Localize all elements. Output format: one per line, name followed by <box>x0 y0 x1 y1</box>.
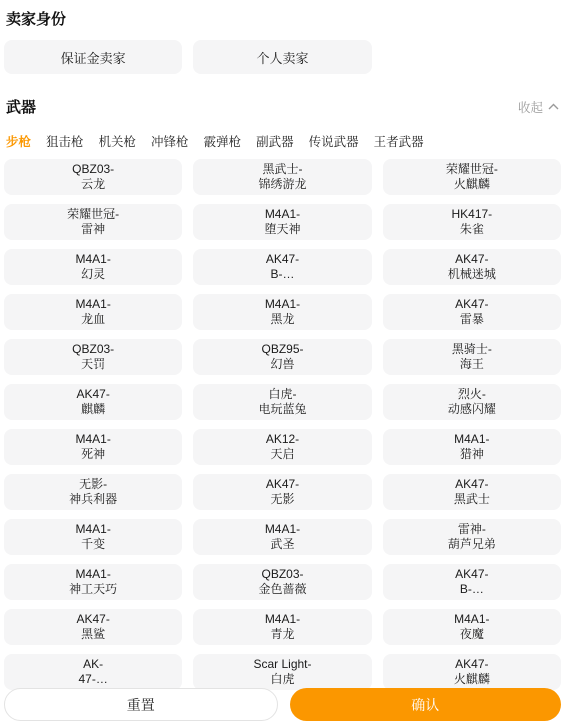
weapon-item[interactable]: M4A1-夜魔 <box>383 609 561 645</box>
seller-identity-title: 卖家身份 <box>4 8 561 29</box>
seller-options: 保证金卖家个人卖家 <box>4 40 561 74</box>
chevron-up-icon <box>548 103 559 110</box>
weapon-item-line2: B-… <box>460 582 484 597</box>
weapon-item-line2: 白虎 <box>270 672 294 687</box>
weapon-item-line2: 天罚 <box>81 357 105 372</box>
weapon-item-line1: M4A1- <box>75 567 110 582</box>
weapon-item-line1: M4A1- <box>454 612 489 627</box>
weapon-item[interactable]: M4A1-武圣 <box>193 519 371 555</box>
weapon-item-line2: 死神 <box>81 447 105 462</box>
weapon-item-line2: 雷暴 <box>460 312 484 327</box>
weapon-category-tab[interactable]: 王者武器 <box>374 132 424 150</box>
weapon-item[interactable]: 雷神-葫芦兄弟 <box>383 519 561 555</box>
weapon-item-line1: AK47- <box>266 252 299 267</box>
weapon-item-line1: M4A1- <box>75 252 110 267</box>
weapon-item-line1: AK47- <box>455 252 488 267</box>
weapon-item-line1: AK47- <box>455 657 488 672</box>
weapon-item-line2: 火麒麟 <box>454 177 490 192</box>
weapon-item-line2: 无影 <box>270 492 294 507</box>
reset-button[interactable]: 重置 <box>4 688 278 721</box>
weapon-item-line2: 机械迷城 <box>448 267 496 282</box>
weapon-item-line2: 电玩蓝兔 <box>258 402 306 417</box>
weapon-item-line1: 烈火- <box>458 387 486 402</box>
weapon-item-line2: 武圣 <box>270 537 294 552</box>
weapon-item-line2: 火麒麟 <box>454 672 490 687</box>
weapon-item-line1: 荣耀世冠- <box>67 207 119 222</box>
footer-actions: 重置 确认 <box>4 688 561 721</box>
weapon-item-line1: 黑骑士- <box>452 342 492 357</box>
weapon-item-line2: 锦绣游龙 <box>258 177 306 192</box>
weapon-item-line1: 荣耀世冠- <box>446 162 498 177</box>
weapon-item-line1: 黑武士- <box>262 162 302 177</box>
weapon-item-line2: 云龙 <box>81 177 105 192</box>
weapon-item-line2: 神工天巧 <box>69 582 117 597</box>
weapon-item-line2: 黑鲨 <box>81 627 105 642</box>
weapon-item[interactable]: QBZ03-云龙 <box>4 159 182 195</box>
weapon-item[interactable]: M4A1-青龙 <box>193 609 371 645</box>
weapon-item[interactable]: M4A1-龙血 <box>4 294 182 330</box>
weapon-item-line1: M4A1- <box>454 432 489 447</box>
weapon-item[interactable]: 烈火-动感闪耀 <box>383 384 561 420</box>
weapon-item[interactable]: AK47-黑鲨 <box>4 609 182 645</box>
weapon-category-tab[interactable]: 狙击枪 <box>46 132 84 150</box>
weapon-item[interactable]: 黑武士-锦绣游龙 <box>193 159 371 195</box>
weapon-item[interactable]: M4A1-猎神 <box>383 429 561 465</box>
weapon-item-line2: 黑武士 <box>454 492 490 507</box>
weapon-item-line1: M4A1- <box>75 432 110 447</box>
weapon-item[interactable]: QBZ95-幻兽 <box>193 339 371 375</box>
weapon-item-line1: M4A1- <box>265 297 300 312</box>
weapon-item-line1: AK12- <box>266 432 299 447</box>
weapon-item-line1: AK47- <box>455 477 488 492</box>
weapon-item-line1: AK47- <box>76 612 109 627</box>
weapon-item-line2: 朱雀 <box>460 222 484 237</box>
weapon-category-tab[interactable]: 冲锋枪 <box>151 132 189 150</box>
weapon-item[interactable]: Scar Light-白虎 <box>193 654 371 690</box>
weapon-item-line1: M4A1- <box>75 522 110 537</box>
weapon-item[interactable]: AK47-无影 <box>193 474 371 510</box>
weapon-item-line2: 动感闪耀 <box>448 402 496 417</box>
weapon-item-line1: QBZ03- <box>72 342 114 357</box>
weapon-item[interactable]: AK47-雷暴 <box>383 294 561 330</box>
weapon-item-line1: QBZ95- <box>261 342 303 357</box>
weapon-item-line2: 47-… <box>78 672 107 687</box>
weapon-item[interactable]: 黑骑士-海王 <box>383 339 561 375</box>
weapon-item[interactable]: AK47-B-… <box>383 564 561 600</box>
weapon-item-line1: AK47- <box>455 297 488 312</box>
weapon-item[interactable]: QBZ03-金色蔷薇 <box>193 564 371 600</box>
confirm-button[interactable]: 确认 <box>290 688 562 721</box>
weapon-item-line1: Scar Light- <box>253 657 311 672</box>
weapon-item-line1: M4A1- <box>265 612 300 627</box>
weapons-title: 武器 <box>4 96 36 117</box>
weapon-item-line1: AK47- <box>76 387 109 402</box>
weapon-item[interactable]: AK47-机械迷城 <box>383 249 561 285</box>
weapon-item[interactable]: 白虎-电玩蓝兔 <box>193 384 371 420</box>
weapon-item-line2: 金色蔷薇 <box>258 582 306 597</box>
weapon-item[interactable]: QBZ03-天罚 <box>4 339 182 375</box>
weapon-item-line2: 幻兽 <box>270 357 294 372</box>
weapon-item[interactable]: AK47-火麒麟 <box>383 654 561 690</box>
weapon-category-tab[interactable]: 步枪 <box>6 132 31 150</box>
weapon-item[interactable]: M4A1-堕天神 <box>193 204 371 240</box>
weapon-category-tab[interactable]: 机关枪 <box>99 132 137 150</box>
weapon-item-line1: AK47- <box>266 477 299 492</box>
weapon-item[interactable]: HK417-朱雀 <box>383 204 561 240</box>
weapon-item-line1: QBZ03- <box>72 162 114 177</box>
weapon-item-line2: 海王 <box>460 357 484 372</box>
weapon-item-line2: 雷神 <box>81 222 105 237</box>
collapse-label: 收起 <box>518 98 543 116</box>
filter-panel: 卖家身份 保证金卖家个人卖家 武器 收起 步枪狙击枪机关枪冲锋枪霰弹枪副武器传说… <box>0 0 571 690</box>
weapon-item[interactable]: AK47-黑武士 <box>383 474 561 510</box>
weapon-item[interactable]: M4A1-幻灵 <box>4 249 182 285</box>
weapon-item-line1: M4A1- <box>75 297 110 312</box>
weapon-item-line2: 天启 <box>270 447 294 462</box>
weapon-item[interactable]: M4A1-神工天巧 <box>4 564 182 600</box>
weapon-item-line2: 猎神 <box>460 447 484 462</box>
weapon-category-tab[interactable]: 霰弹枪 <box>204 132 242 150</box>
weapon-item-line1: AK- <box>83 657 103 672</box>
weapon-item-line1: M4A1- <box>265 522 300 537</box>
seller-option-button[interactable]: 个人卖家 <box>193 40 371 74</box>
weapon-item[interactable]: AK-47-… <box>4 654 182 690</box>
weapon-item-line1: 白虎- <box>268 387 296 402</box>
weapon-item-line1: 无影- <box>79 477 107 492</box>
weapon-item-line2: 黑龙 <box>270 312 294 327</box>
weapon-item-line2: 堕天神 <box>264 222 300 237</box>
weapon-item-line2: 青龙 <box>270 627 294 642</box>
weapon-item-line2: 龙血 <box>81 312 105 327</box>
weapon-category-tab[interactable]: 传说武器 <box>309 132 359 150</box>
weapon-item-line1: HK417- <box>451 207 492 222</box>
weapon-item-line2: 葫芦兄弟 <box>448 537 496 552</box>
weapon-item-line2: 神兵利器 <box>69 492 117 507</box>
weapon-item[interactable]: 荣耀世冠-火麒麟 <box>383 159 561 195</box>
weapon-category-tabs: 步枪狙击枪机关枪冲锋枪霰弹枪副武器传说武器王者武器 <box>4 132 561 150</box>
collapse-button[interactable]: 收起 <box>518 98 561 116</box>
weapon-item[interactable]: AK12-天启 <box>193 429 371 465</box>
weapon-item-line2: B-… <box>270 267 294 282</box>
weapon-item-line2: 麒麟 <box>81 402 105 417</box>
weapon-item-line2: 幻灵 <box>81 267 105 282</box>
weapon-item-line1: AK47- <box>455 567 488 582</box>
weapon-item-line1: 雷神- <box>458 522 486 537</box>
weapon-item[interactable]: M4A1-千变 <box>4 519 182 555</box>
weapon-item[interactable]: AK47-B-… <box>193 249 371 285</box>
weapon-item[interactable]: M4A1-黑龙 <box>193 294 371 330</box>
weapon-item-line1: QBZ03- <box>261 567 303 582</box>
seller-option-button[interactable]: 保证金卖家 <box>4 40 182 74</box>
weapon-item[interactable]: M4A1-死神 <box>4 429 182 465</box>
weapon-grid: QBZ03-云龙黑武士-锦绣游龙荣耀世冠-火麒麟荣耀世冠-雷神M4A1-堕天神H… <box>4 159 561 690</box>
weapon-item-line2: 千变 <box>81 537 105 552</box>
weapon-item[interactable]: 无影-神兵利器 <box>4 474 182 510</box>
weapon-item-line2: 夜魔 <box>460 627 484 642</box>
weapon-category-tab[interactable]: 副武器 <box>256 132 294 150</box>
weapon-item[interactable]: AK47-麒麟 <box>4 384 182 420</box>
weapons-header: 武器 收起 <box>4 96 561 117</box>
weapon-item-line1: M4A1- <box>265 207 300 222</box>
weapon-item[interactable]: 荣耀世冠-雷神 <box>4 204 182 240</box>
